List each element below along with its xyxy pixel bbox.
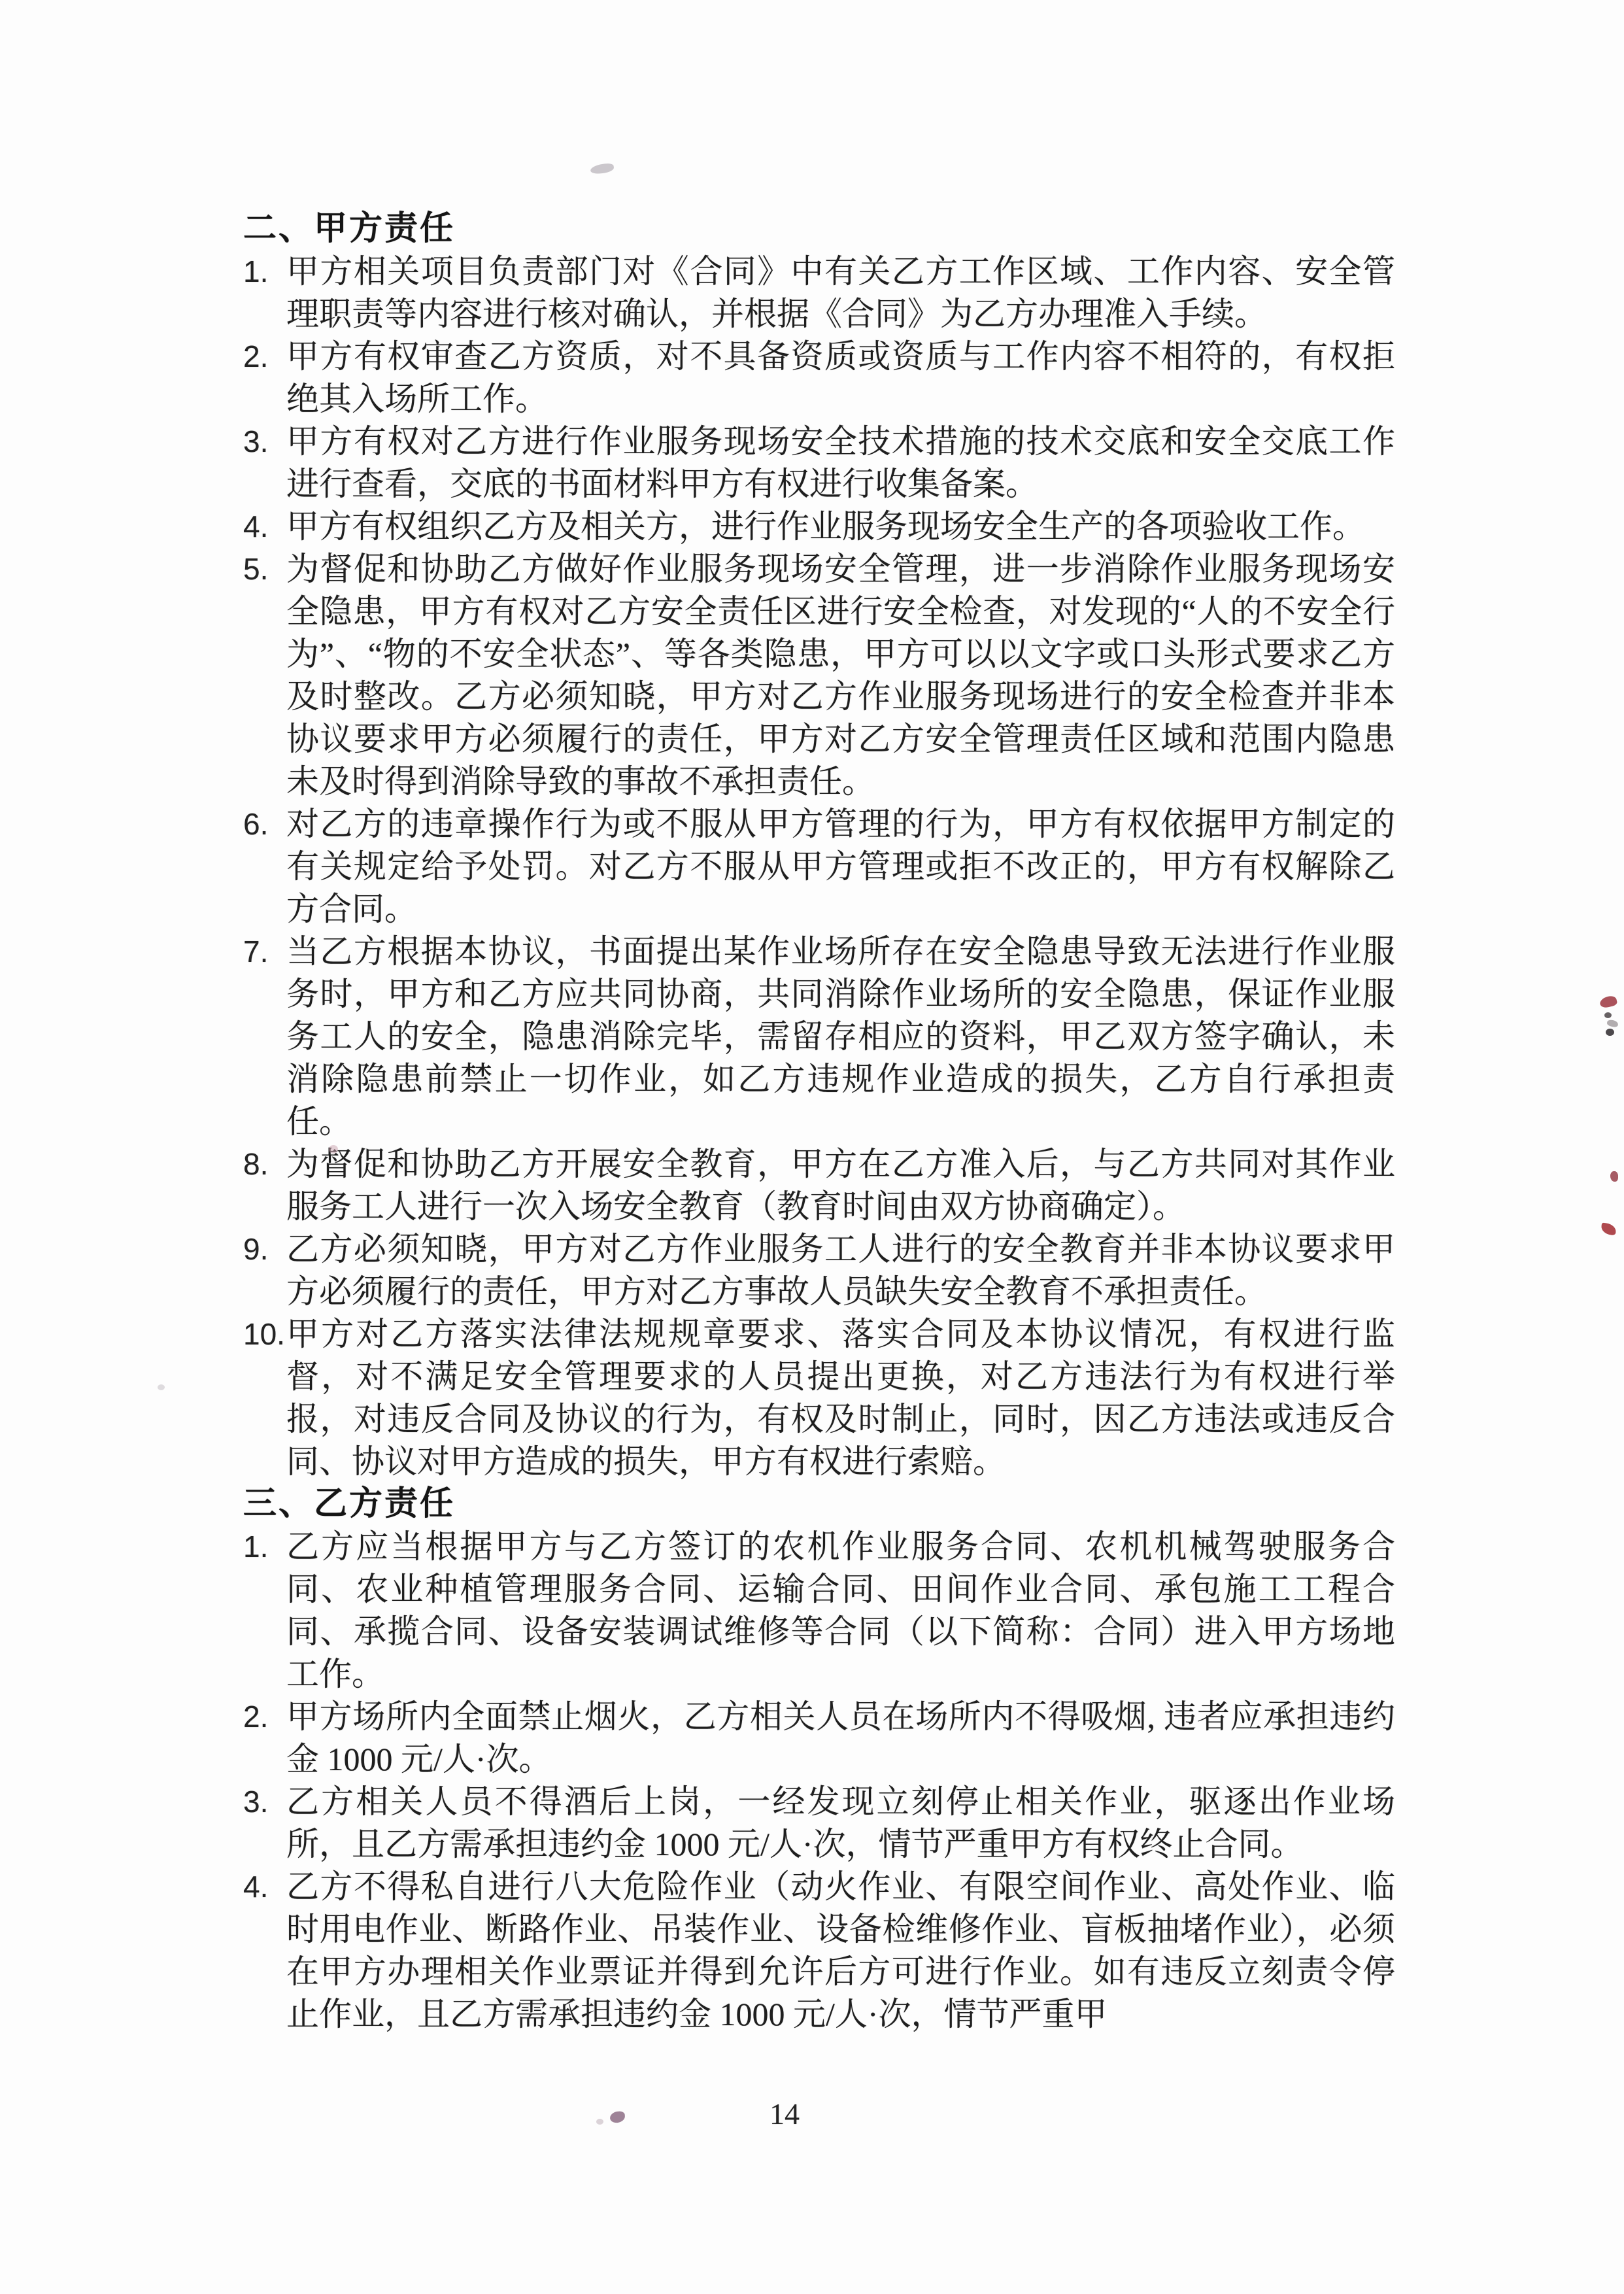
item-number: 4. — [243, 505, 286, 548]
item-number: 5. — [243, 548, 286, 591]
stain-right-red-triangle — [1600, 1222, 1617, 1235]
dot-left-faint — [158, 1384, 165, 1390]
item-number: 9. — [243, 1228, 286, 1271]
item-text: 当乙方根据本协议，书面提出某作业场所存在安全隐患导致无法进行作业服务时，甲方和乙… — [286, 931, 1395, 1143]
list-item: 2.甲方有权审查乙方资质，对不具备资质或资质与工作内容不相符的，有权拒绝其入场所… — [243, 335, 1395, 420]
list-item: 3.乙方相关人员不得酒后上岗，一经发现立刻停止相关作业，驱逐出作业场所，且乙方需… — [243, 1781, 1395, 1866]
stain-right-gray-smudge — [1606, 1019, 1618, 1028]
list-item: 10.甲方对乙方落实法律法规规章要求、落实合同及本协议情况，有权进行监督，对不满… — [243, 1313, 1395, 1483]
item-text: 甲方有权组织乙方及相关方，进行作业服务现场安全生产的各项验收工作。 — [286, 505, 1395, 548]
scanned-contract-page: 二、甲方责任1.甲方相关项目负责部门对《合同》中有关乙方工作区域、工作内容、安全… — [0, 0, 1624, 2294]
list-item: 6.对乙方的违章操作行为或不服从甲方管理的行为，甲方有权依据甲方制定的有关规定给… — [243, 803, 1395, 931]
stain-right-red-dot — [1610, 1171, 1618, 1182]
list-item: 2.甲方场所内全面禁止烟火，乙方相关人员在场所内不得吸烟, 违者应承担违约金 1… — [243, 1696, 1395, 1781]
item-text: 甲方相关项目负责部门对《合同》中有关乙方工作区域、工作内容、安全管理职责等内容进… — [286, 250, 1395, 335]
smudge-top-gray — [590, 163, 615, 175]
stain-right-red-curve — [1599, 995, 1617, 1009]
item-number: 10. — [243, 1313, 286, 1356]
list-item: 4.甲方有权组织乙方及相关方，进行作业服务现场安全生产的各项验收工作。 — [243, 505, 1395, 548]
item-text: 甲方场所内全面禁止烟火，乙方相关人员在场所内不得吸烟, 违者应承担违约金 100… — [286, 1696, 1395, 1781]
stain-right-dark-dot-2 — [1606, 1029, 1614, 1036]
item-number: 2. — [243, 335, 286, 378]
item-text: 乙方应当根据甲方与乙方签订的农机作业服务合同、农机机械驾驶服务合同、农业种植管理… — [286, 1526, 1395, 1696]
item-number: 6. — [243, 803, 286, 846]
item-text: 甲方有权对乙方进行作业服务现场安全技术措施的技术交底和安全交底工作进行查看，交底… — [286, 420, 1395, 505]
list-item: 9.乙方必须知晓，甲方对乙方作业服务工人进行的安全教育并非本协议要求甲方必须履行… — [243, 1228, 1395, 1313]
item-number: 8. — [243, 1143, 286, 1186]
item-text: 对乙方的违章操作行为或不服从甲方管理的行为，甲方有权依据甲方制定的有关规定给予处… — [286, 803, 1395, 931]
smudge-bottom-purple — [609, 2111, 626, 2123]
item-text: 乙方相关人员不得酒后上岗，一经发现立刻停止相关作业，驱逐出作业场所，且乙方需承担… — [286, 1781, 1395, 1866]
item-text: 为督促和协助乙方开展安全教育，甲方在乙方准入后，与乙方共同对其作业服务工人进行一… — [286, 1143, 1395, 1228]
list-item: 7.当乙方根据本协议，书面提出某作业场所存在安全隐患导致无法进行作业服务时，甲方… — [243, 931, 1395, 1143]
item-text: 甲方有权审查乙方资质，对不具备资质或资质与工作内容不相符的，有权拒绝其入场所工作… — [286, 335, 1395, 420]
item-number: 1. — [243, 1526, 286, 1568]
item-number: 3. — [243, 1781, 286, 1823]
list-item: 8.为督促和协助乙方开展安全教育，甲方在乙方准入后，与乙方共同对其作业服务工人进… — [243, 1143, 1395, 1228]
list-item: 5.为督促和协助乙方做好作业服务现场安全管理，进一步消除作业服务现场安全隐患，甲… — [243, 548, 1395, 803]
section-title: 三、乙方责任 — [243, 1483, 1395, 1526]
item-text: 乙方不得私自进行八大危险作业（动火作业、有限空间作业、高处作业、临时用电作业、断… — [286, 1866, 1395, 2036]
list-item: 1.乙方应当根据甲方与乙方签订的农机作业服务合同、农机机械驾驶服务合同、农业种植… — [243, 1526, 1395, 1696]
document-body: 二、甲方责任1.甲方相关项目负责部门对《合同》中有关乙方工作区域、工作内容、安全… — [243, 208, 1395, 2036]
item-number: 1. — [243, 250, 286, 293]
item-number: 2. — [243, 1696, 286, 1738]
item-text: 甲方对乙方落实法律法规规章要求、落实合同及本协议情况，有权进行监督，对不满足安全… — [286, 1313, 1395, 1483]
item-text: 为督促和协助乙方做好作业服务现场安全管理，进一步消除作业服务现场安全隐患，甲方有… — [286, 548, 1395, 803]
section-title: 二、甲方责任 — [243, 208, 1395, 250]
smudge-bottom-gray — [596, 2119, 603, 2125]
item-number: 7. — [243, 931, 286, 973]
list-item: 3.甲方有权对乙方进行作业服务现场安全技术措施的技术交底和安全交底工作进行查看，… — [243, 420, 1395, 505]
page-number: 14 — [752, 2095, 817, 2134]
item-number: 3. — [243, 420, 286, 463]
list-item: 1.甲方相关项目负责部门对《合同》中有关乙方工作区域、工作内容、安全管理职责等内… — [243, 250, 1395, 335]
item-text: 乙方必须知晓，甲方对乙方作业服务工人进行的安全教育并非本协议要求甲方必须履行的责… — [286, 1228, 1395, 1313]
stain-right-dark-dot-1 — [1604, 1012, 1612, 1018]
list-item: 4.乙方不得私自进行八大危险作业（动火作业、有限空间作业、高处作业、临时用电作业… — [243, 1866, 1395, 2036]
item-number: 4. — [243, 1866, 286, 1908]
